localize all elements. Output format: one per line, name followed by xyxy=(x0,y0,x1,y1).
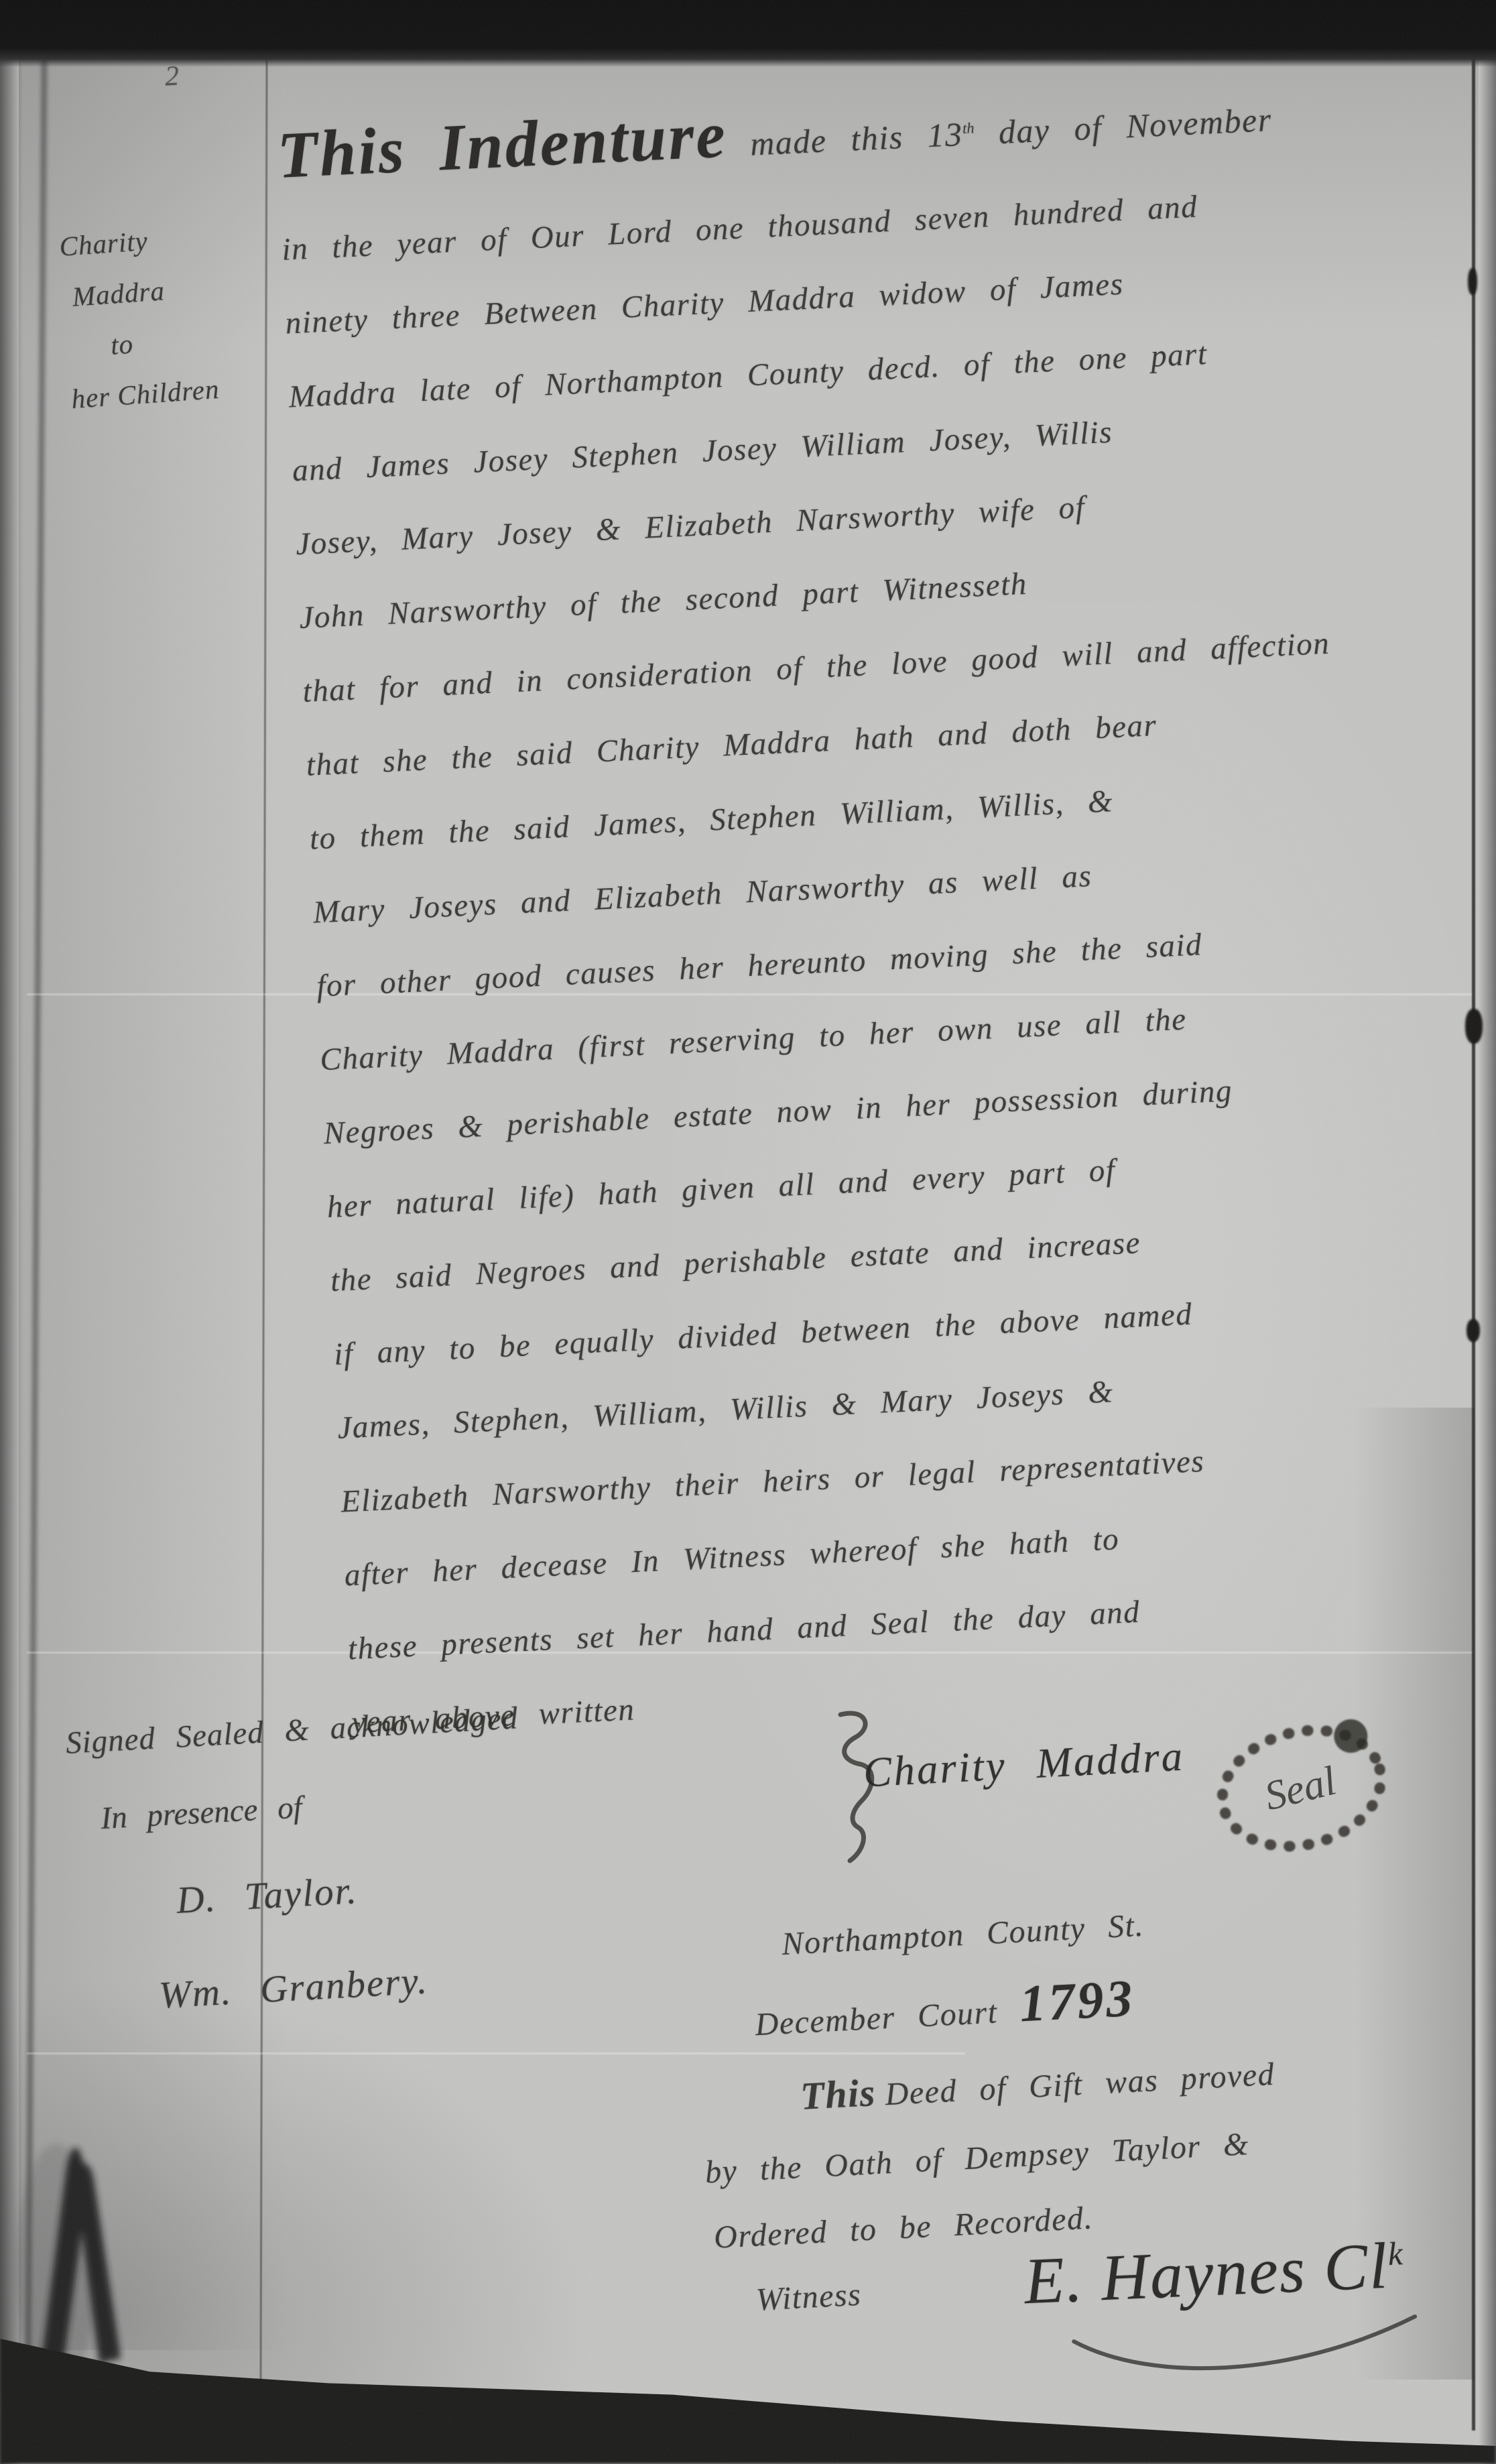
docket-line: her Children xyxy=(68,363,221,424)
body-line-fragment: made this 13 xyxy=(749,115,964,163)
grantor-signature: Charity Maddra xyxy=(862,1732,1185,1798)
seal-label: Seal xyxy=(1260,1758,1341,1820)
proved-lead-word: This xyxy=(800,2071,877,2118)
binding-stitch-knot xyxy=(1468,268,1477,295)
attestation-block: Signed Sealed & acknowledged In presence… xyxy=(64,1680,535,2047)
opening-words: This Indenture xyxy=(275,99,729,192)
signature-flourish xyxy=(1066,2305,1444,2388)
margin-docket-note: Charity Maddra to her Children xyxy=(58,210,221,424)
clerk-abbrev-superscript: k xyxy=(1387,2235,1404,2272)
court-term: December Court xyxy=(754,1994,999,2042)
page-number: 2 xyxy=(164,60,180,93)
wax-seal-drawing: Seal xyxy=(1201,1701,1402,1875)
body-line-fragment: day of November xyxy=(998,101,1273,151)
proved-rest: Deed of Gift was proved xyxy=(884,2056,1275,2112)
ordinal-superscript: th xyxy=(962,119,975,137)
clerk-signature: E. Haynes Clk xyxy=(1023,2228,1405,2320)
deed-book-page-scan: 2 Charity Maddra to her Children This In… xyxy=(0,0,1496,2464)
court-year: 1793 xyxy=(1018,1969,1136,2033)
page-fold-crease xyxy=(23,58,50,2357)
photo-border-left xyxy=(0,40,23,2464)
deed-body-text: This Indenturemade this 13th day of Nove… xyxy=(275,44,1496,1760)
clerk-name: E. Haynes Cl xyxy=(1023,2230,1390,2319)
